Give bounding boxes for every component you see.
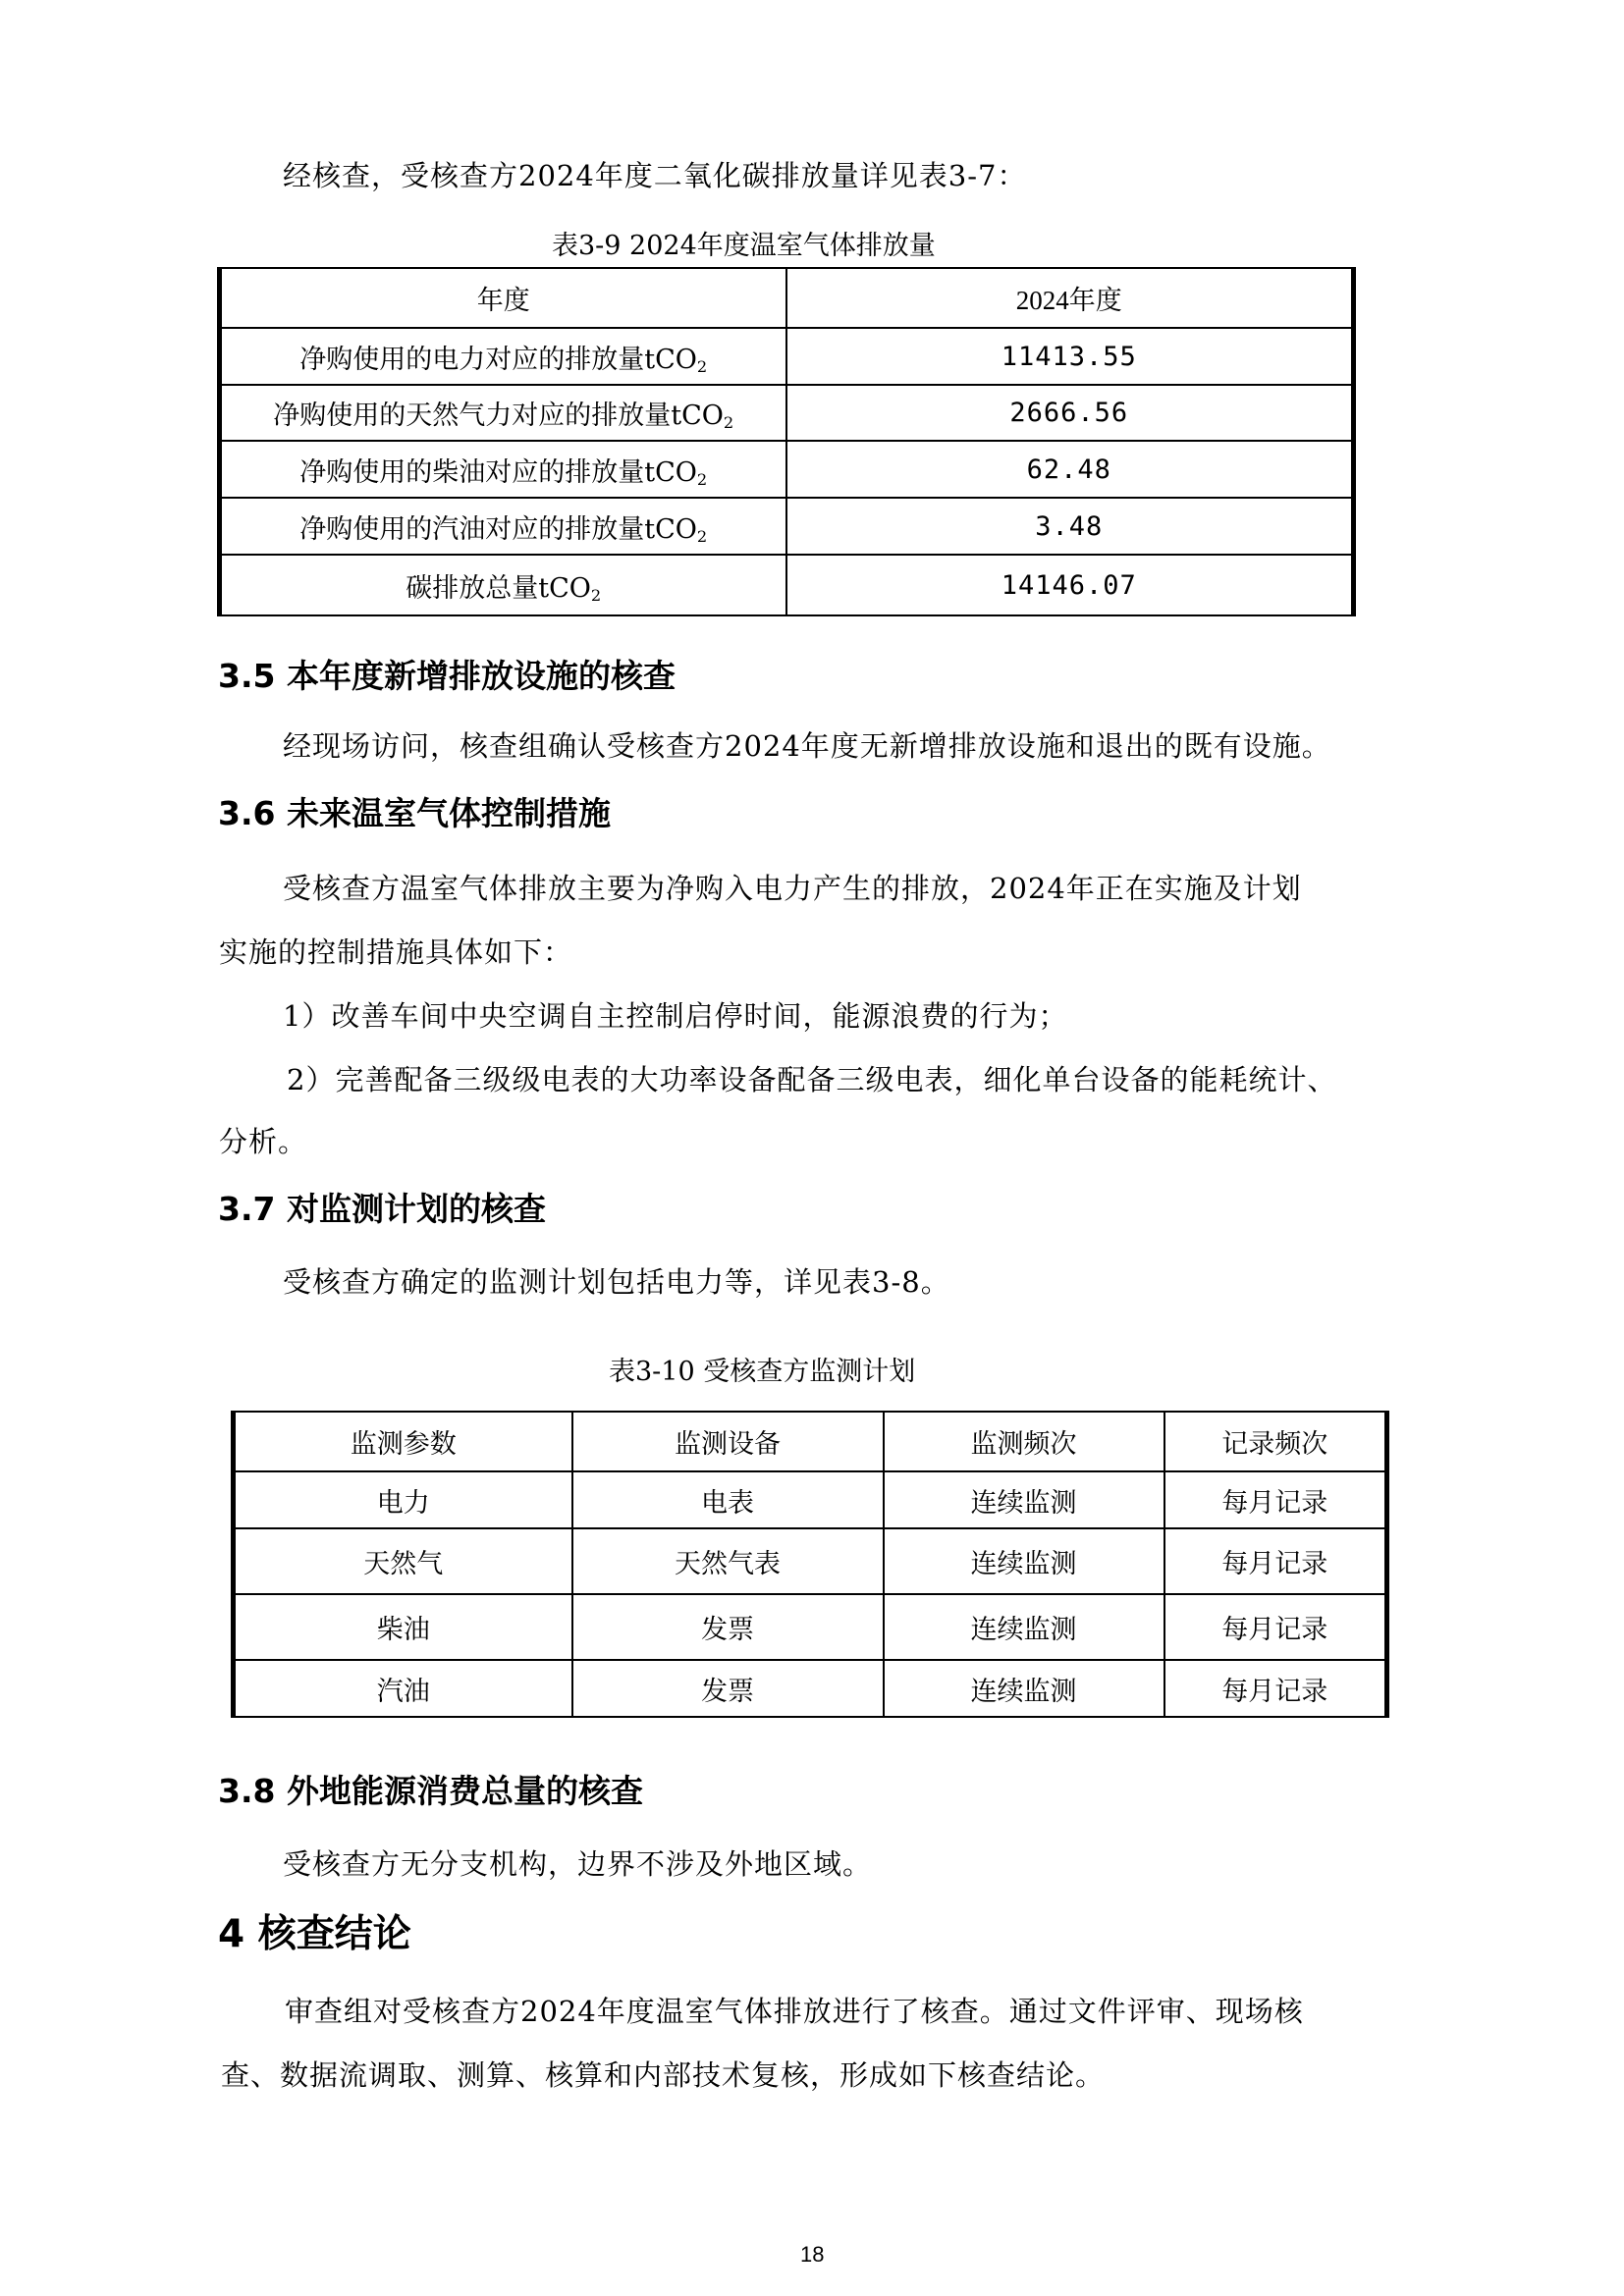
table-header-cell: 2024年度 (786, 268, 1354, 328)
table-cell-label: 净购使用的汽油对应的排放量tCO2 (220, 498, 786, 555)
label-text: 净购使用的电力对应的排放量tCO (299, 345, 697, 375)
table-cell-value: 2666.56 (786, 385, 1354, 441)
paragraph-line: 查、数据流调取、测算、核算和内部技术复核，形成如下核查结论。 (221, 2060, 1105, 2090)
table-cell: 每月记录 (1164, 1471, 1387, 1528)
table-header-row: 年度 2024年度 (220, 268, 1354, 328)
label-text: 净购使用的柴油对应的排放量tCO (299, 457, 697, 488)
section-heading-3-7: 3.7 对监测计划的核查 (218, 1192, 546, 1227)
paragraph-line: 审查组对受核查方2024年度温室气体排放进行了核查。通过文件评审、现场核 (285, 1997, 1304, 2026)
table-cell-value: 62.48 (786, 441, 1354, 498)
table-cell: 柴油 (234, 1594, 572, 1660)
table-row: 碳排放总量tCO2 14146.07 (220, 555, 1354, 615)
table-row: 净购使用的电力对应的排放量tCO2 11413.55 (220, 328, 1354, 385)
section-3-7-paragraph: 受核查方确定的监测计划包括电力等，详见表3-8。 (283, 1267, 950, 1297)
table-header-cell: 监测频次 (884, 1412, 1164, 1471)
table-cell-value: 11413.55 (786, 328, 1354, 385)
subscript: 2 (724, 413, 733, 432)
table-row: 净购使用的天然气力对应的排放量tCO2 2666.56 (220, 385, 1354, 441)
table-header-cell: 监测设备 (572, 1412, 884, 1471)
table-cell: 天然气 (234, 1528, 572, 1594)
table-cell: 连续监测 (884, 1594, 1164, 1660)
subscript: 2 (697, 357, 707, 376)
section-3-5-paragraph: 经现场访问，核查组确认受核查方2024年度无新增排放设施和退出的既有设施。 (283, 731, 1331, 761)
table2-caption: 表3-10 受核查方监测计划 (609, 1359, 915, 1386)
table-cell-value: 14146.07 (786, 555, 1354, 615)
table-cell: 汽油 (234, 1660, 572, 1717)
table-row: 净购使用的柴油对应的排放量tCO2 62.48 (220, 441, 1354, 498)
table-cell: 电力 (234, 1471, 572, 1528)
table-cell: 连续监测 (884, 1528, 1164, 1594)
table-cell-label: 净购使用的天然气力对应的排放量tCO2 (220, 385, 786, 441)
table-row: 净购使用的汽油对应的排放量tCO2 3.48 (220, 498, 1354, 555)
paragraph-line: 实施的控制措施具体如下： (219, 937, 572, 967)
page-number: 18 (800, 2242, 824, 2268)
table-header-cell: 年度 (220, 268, 786, 328)
table-cell-label: 净购使用的柴油对应的排放量tCO2 (220, 441, 786, 498)
table-cell-label: 碳排放总量tCO2 (220, 555, 786, 615)
label-text: 净购使用的汽油对应的排放量tCO (299, 514, 697, 545)
table-row: 柴油 发票 连续监测 每月记录 (234, 1594, 1387, 1660)
intro-paragraph: 经核查，受核查方2024年度二氧化碳排放量详见表3-7： (283, 161, 1027, 190)
label-text: 净购使用的天然气力对应的排放量tCO (273, 400, 724, 431)
emissions-table: 年度 2024年度 净购使用的电力对应的排放量tCO2 11413.55 净购使… (217, 267, 1356, 616)
section-heading-3-6: 3.6 未来温室气体控制措施 (218, 796, 611, 831)
section-heading-3-5: 3.5 本年度新增排放设施的核查 (218, 659, 676, 694)
table-header-cell: 监测参数 (234, 1412, 572, 1471)
section-3-8-paragraph: 受核查方无分支机构，边界不涉及外地区域。 (283, 1849, 872, 1879)
table-cell: 发票 (572, 1594, 884, 1660)
table-cell-value: 3.48 (786, 498, 1354, 555)
table-row: 天然气 天然气表 连续监测 每月记录 (234, 1528, 1387, 1594)
paragraph-line: 分析。 (219, 1127, 307, 1156)
list-item: 1）改善车间中央空调自主控制启停时间，能源浪费的行为； (283, 1001, 1067, 1031)
table-cell: 每月记录 (1164, 1594, 1387, 1660)
label-text: 碳排放总量tCO (406, 573, 591, 604)
monitoring-plan-table: 监测参数 监测设备 监测频次 记录频次 电力 电表 连续监测 每月记录 天然气 … (231, 1411, 1389, 1718)
subscript: 2 (697, 527, 707, 546)
table-header-cell: 记录频次 (1164, 1412, 1387, 1471)
subscript: 2 (591, 586, 601, 605)
table-cell: 每月记录 (1164, 1528, 1387, 1594)
table-cell: 连续监测 (884, 1471, 1164, 1528)
table-cell: 发票 (572, 1660, 884, 1717)
list-item: 2）完善配备三级级电表的大功率设备配备三级电表，细化单台设备的能耗统计、 (287, 1065, 1336, 1095)
table1-caption: 表3-9 2024年度温室气体排放量 (552, 233, 936, 260)
table-header-row: 监测参数 监测设备 监测频次 记录频次 (234, 1412, 1387, 1471)
table-cell: 连续监测 (884, 1660, 1164, 1717)
table-row: 汽油 发票 连续监测 每月记录 (234, 1660, 1387, 1717)
section-heading-3-8: 3.8 外地能源消费总量的核查 (218, 1774, 643, 1809)
table-cell-label: 净购使用的电力对应的排放量tCO2 (220, 328, 786, 385)
chapter-heading-4: 4 核查结论 (218, 1914, 411, 1955)
table-row: 电力 电表 连续监测 每月记录 (234, 1471, 1387, 1528)
table-cell: 天然气表 (572, 1528, 884, 1594)
table-cell: 每月记录 (1164, 1660, 1387, 1717)
table-cell: 电表 (572, 1471, 884, 1528)
subscript: 2 (697, 470, 707, 489)
paragraph-line: 受核查方温室气体排放主要为净购入电力产生的排放，2024年正在实施及计划 (283, 874, 1302, 903)
